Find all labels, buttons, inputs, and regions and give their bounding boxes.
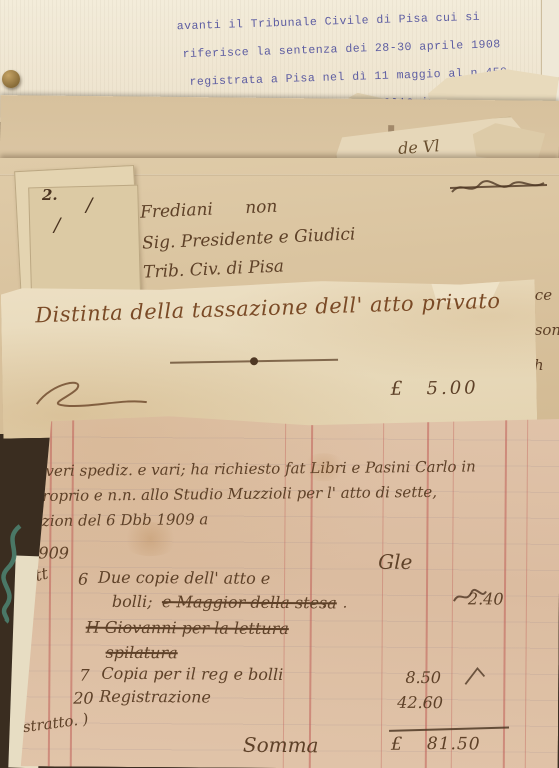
ledger-rule-line [525, 415, 528, 768]
entry-description: Registrazione [99, 687, 211, 707]
slash-mark-a: / [86, 194, 92, 216]
pen-flourish [30, 376, 151, 412]
title-divider-dot [250, 357, 258, 365]
crossed-out-signature [450, 174, 548, 200]
sum-line [389, 727, 509, 732]
photo-of-document-stack: avanti il Tribunale Civile di Pisa cui s… [0, 0, 559, 768]
entry-amount: 42.60 [397, 693, 443, 712]
entry-struck-giovanni: H Giovanni per la lettura [86, 618, 289, 638]
distinta-sheet: Distinta della tassazione dell' atto pri… [1, 277, 538, 438]
entry-amount: 8.50 [405, 668, 441, 687]
entry-description-struck: e Maggior della stesa [162, 592, 337, 612]
entry-day: 7 [79, 666, 89, 685]
ditto-dots: . . [322, 595, 353, 611]
brass-fastener-icon [2, 70, 20, 88]
entry-description: Due copie dell' atto e [98, 568, 270, 588]
entry-day: 6 [78, 570, 88, 589]
ledger-intro-line-3: azion del 6 Dbb 1909 a [33, 504, 477, 534]
ledger-paraph: Gle [378, 550, 412, 574]
checkmark-tick [463, 664, 487, 686]
total-currency-symbol: £ [391, 734, 403, 755]
teal-binding-thread [0, 522, 26, 624]
ledger-sheet: Doveri spediz. e vari; ha richiesto fat … [0, 411, 559, 768]
slash-mark-b: / [54, 214, 60, 236]
entry-day: 20 [73, 689, 93, 708]
total-amount: 81.50 [427, 734, 481, 754]
page-number-mark: 2. [42, 186, 58, 204]
ledger-intro-line-2: proprio e n.n. allo Studio Muzzioli per … [33, 479, 477, 509]
distinta-title: Distinta della tassazione dell' atto pri… [35, 289, 501, 328]
scrap-handwriting-fragment: de Vl [397, 136, 440, 158]
ink-scribble [452, 585, 488, 607]
entry-description: Copia per il reg e bolli [101, 664, 283, 684]
entry-struck-word: spilatura [105, 643, 177, 663]
fee-amount: 5.00 [426, 377, 478, 399]
total-label: Somma [243, 733, 319, 758]
entry-description-cont: bolli; [112, 592, 153, 611]
fee-currency-symbol: £ [390, 378, 402, 400]
